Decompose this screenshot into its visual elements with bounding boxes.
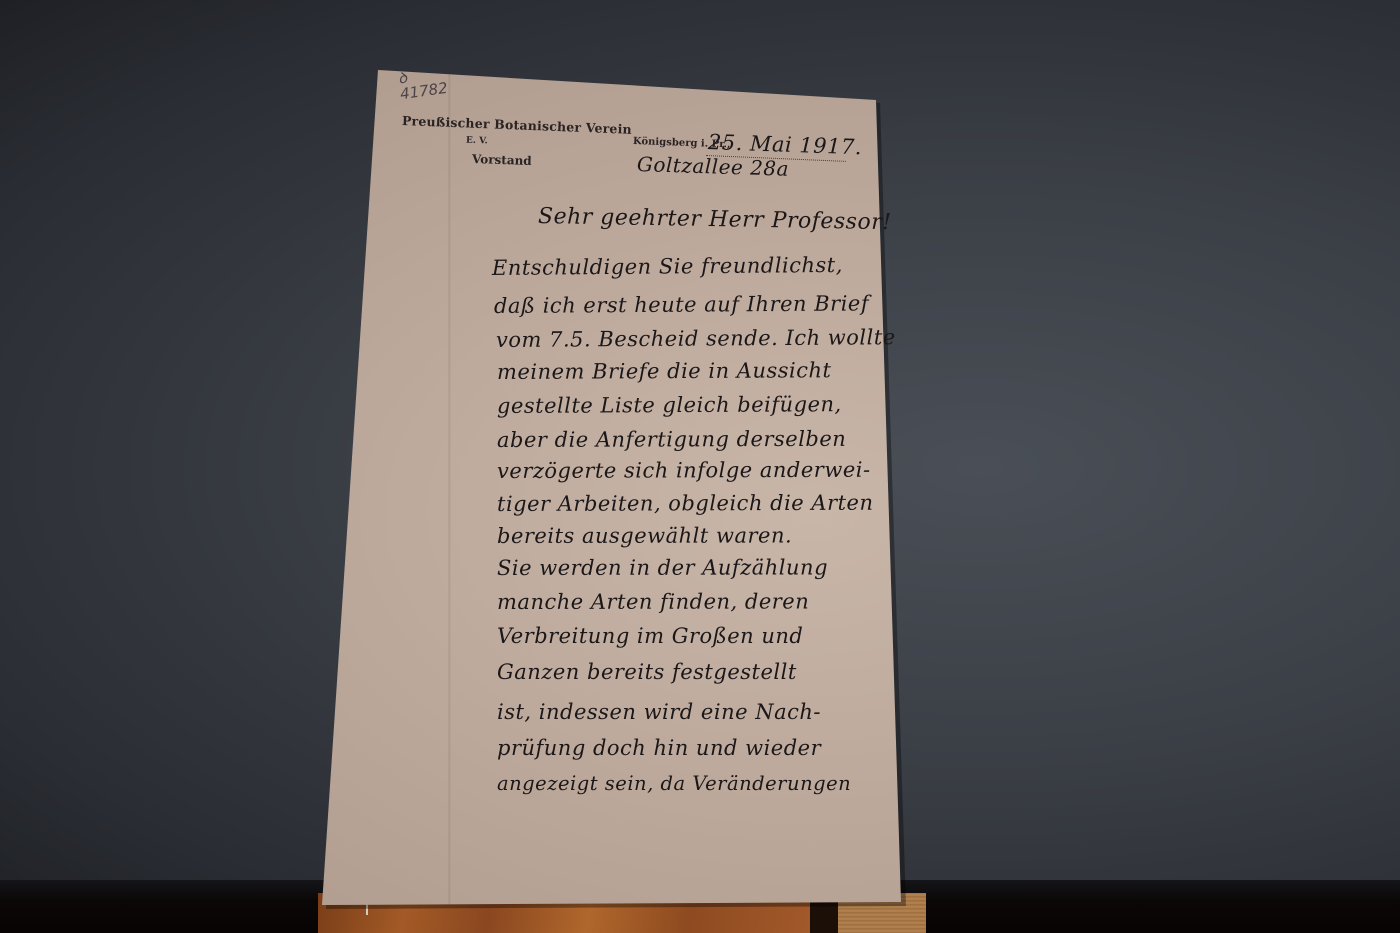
letter-line: daß ich erst heute auf Ihren Brief [494,291,869,318]
letter-line: Verbreitung im Großen und [497,624,803,648]
letter-line: manche Arten finden, deren [497,589,809,614]
letter-line: bereits ausgewählt waren. [497,523,792,548]
letter-line: Sie werden in der Aufzählung [497,555,828,580]
letter-line: vom 7.5. Bescheid sende. Ich wollte [496,325,896,352]
dateline-street: Goltzallee 28a [637,152,790,181]
letter-line: meinem Briefe die in Aussicht [497,358,832,384]
letter-line: Ganzen bereits festgestellt [497,660,797,684]
letter-line: angezeigt sein, da Veränderungen [497,772,851,795]
letter-line: prüfung doch hin und wieder [497,736,821,760]
letter-line: gestellte Liste gleich beifügen, [497,392,842,418]
letter-line: tiger Arbeiten, obgleich die Arten [497,491,874,516]
letter-line: ist, indessen wird eine Nach- [497,700,821,724]
letter-line: aber die Anfertigung derselben [497,427,846,452]
letter-line: verzögerte sich infolge anderwei- [497,458,871,483]
letterhead-department: Vorstand [472,152,532,168]
photo-scene: ꝺ 41782 Preußischer Botanischer Verein E… [0,0,1400,933]
letter-line: Entschuldigen Sie freundlichst, [492,253,843,280]
letterhead-legal-form: E. V. [466,136,488,147]
